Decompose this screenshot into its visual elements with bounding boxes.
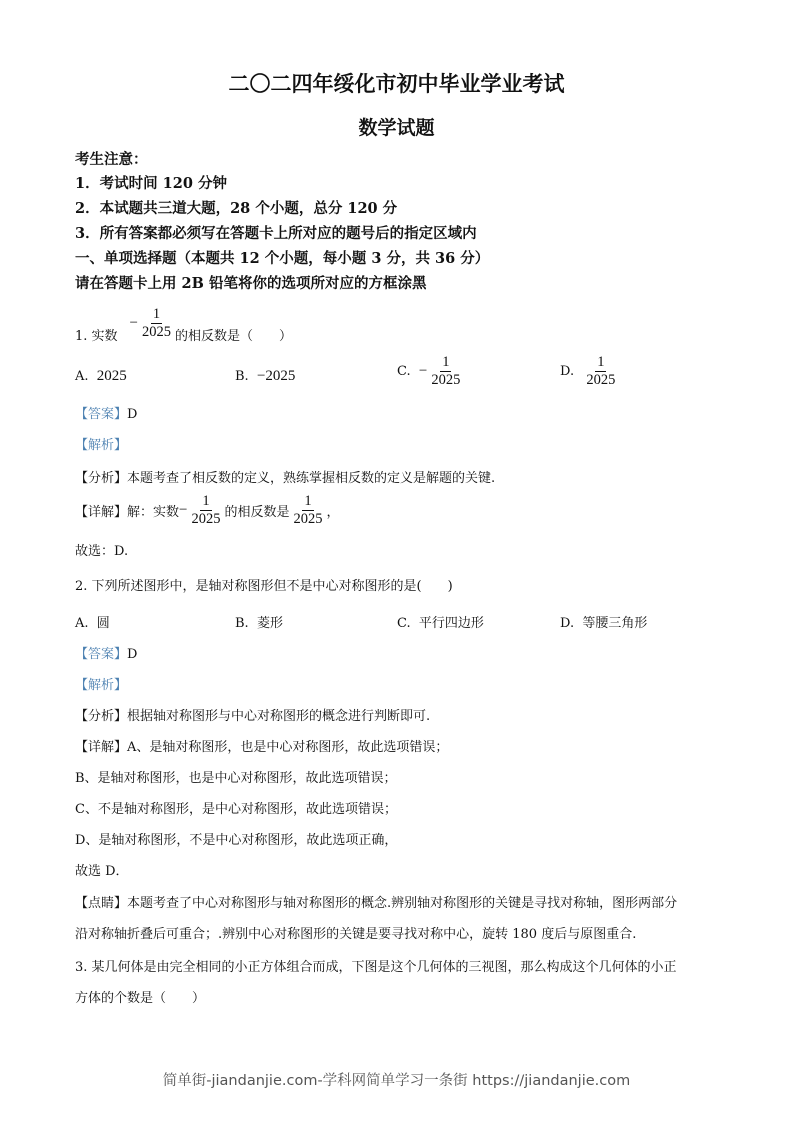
question-2-stem: 2. 下列所述图形中，是轴对称图形但不是中心对称图形的是( )	[75, 575, 453, 594]
analysis-tag: 【解析】	[75, 434, 127, 453]
detail-line: B、是轴对称图形，也是中心对称图形，故此选项错误；	[75, 767, 397, 786]
option-c: C. 平行四边形	[397, 612, 484, 631]
option-b: B. 菱形	[235, 612, 283, 631]
document-title: 二〇二四年绥化市初中毕业学业考试	[0, 68, 793, 98]
xiangjie-line: 【详解】解：实数 − 12025 的相反数是 12025 ，	[75, 494, 340, 527]
footer-watermark: 简单街-jiandanjie.com-学科网简单学习一条街 https://ji…	[0, 1069, 793, 1090]
detail-line: C、不是轴对称图形，是中心对称图形，故此选项错误；	[75, 798, 397, 817]
section-heading: 一、单项选择题（本题共 12 个小题，每小题 3 分，共 36 分）	[75, 247, 489, 268]
fraction: − 12025	[130, 307, 175, 340]
notice-item: 2．本试题共三道大题，28 个小题，总分 120 分	[75, 197, 397, 218]
conclusion: 故选：D.	[75, 540, 128, 559]
answer-line: 【答案】D	[75, 643, 137, 662]
answer-line: 【答案】D	[75, 403, 137, 422]
option-d: D. 12025	[560, 355, 619, 388]
analysis-tag: 【解析】	[75, 674, 127, 693]
option-b: B. −2025	[235, 368, 295, 385]
question-3-stem-cont: 方体的个数是（ ）	[75, 987, 205, 1006]
question-1-stem: 1. 实数 − 12025 的相反数是（ ）	[75, 303, 292, 344]
document-subtitle: 数学试题	[0, 113, 793, 140]
detail-line: D、是轴对称图形，不是中心对称图形，故此选项正确，	[75, 829, 397, 848]
notice-item: 3．所有答案都必须写在答题卡上所对应的题号后的指定区域内	[75, 222, 477, 243]
question-3-stem: 3. 某几何体是由完全相同的小正方体组合而成，下图是这个几何体的三视图，那么构成…	[75, 956, 677, 975]
section-instruction: 请在答题卡上用 2B 铅笔将你的选项所对应的方框涂黑	[75, 272, 426, 293]
notice-item: 1．考试时间 120 分钟	[75, 172, 227, 193]
option-c: C. − 12025	[397, 355, 464, 388]
option-d: D. 等腰三角形	[560, 612, 647, 631]
conclusion: 故选 D．	[75, 860, 129, 879]
xiangjie-line: 【详解】A、是轴对称图形，也是中心对称图形，故此选项错误；	[75, 736, 448, 755]
dianjing-line: 【点睛】本题考查了中心对称图形与轴对称图形的概念.辨别轴对称图形的关键是寻找对称…	[75, 892, 677, 911]
fenxi-line: 【分析】根据轴对称图形与中心对称图形的概念进行判断即可.	[75, 705, 430, 724]
dianjing-line: 沿对称轴折叠后可重合；.辨别中心对称图形的关键是要寻找对称中心，旋转 180 度…	[75, 923, 636, 942]
option-a: A. 2025	[75, 368, 127, 385]
fenxi-line: 【分析】本题考查了相反数的定义，熟练掌握相反数的定义是解题的关键.	[75, 467, 495, 486]
notice-heading: 考生注意：	[75, 148, 148, 169]
option-a: A. 圆	[75, 612, 110, 631]
